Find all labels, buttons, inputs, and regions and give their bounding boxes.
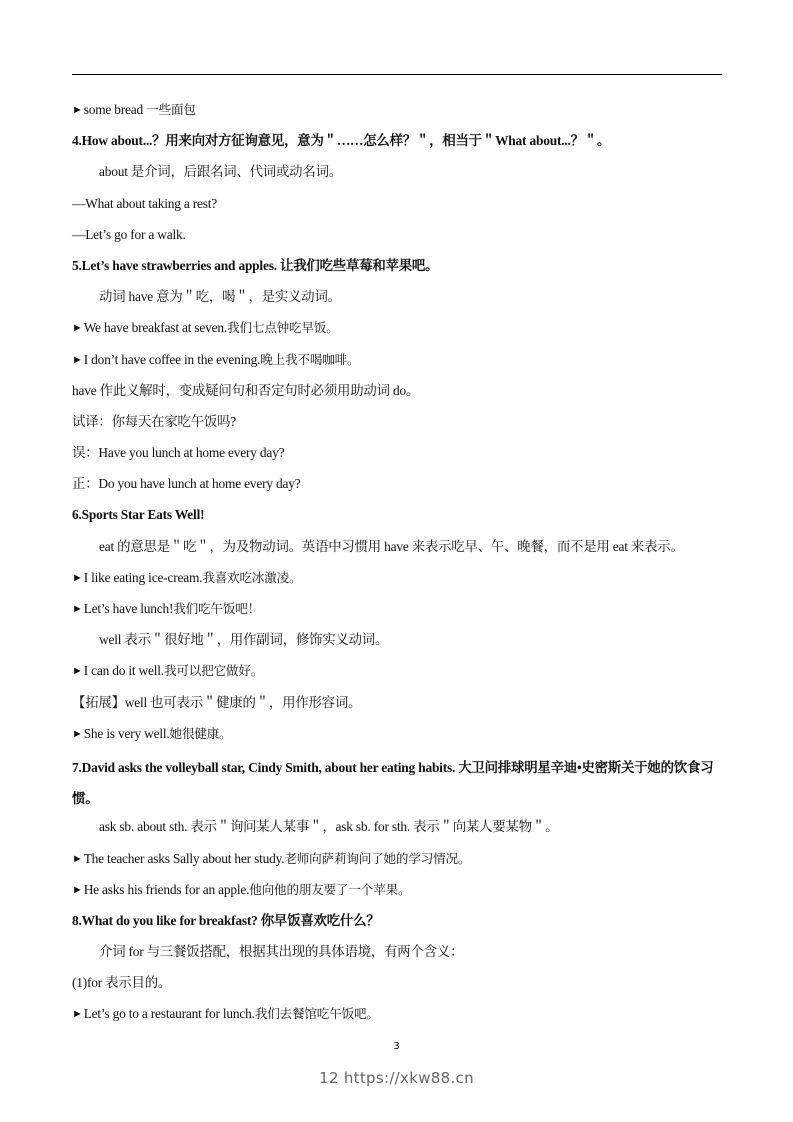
example-chinese: 我可以把它做好。 (164, 663, 263, 678)
example-sentence: ►I don’t have coffee in the evening.晚上我不… (72, 347, 728, 378)
explanation: eat 的意思是＂吃＂，为及物动词。英语中习惯用 have 来表示吃早、午、晚餐… (72, 534, 728, 565)
example-english: The teacher asks Sally about her study. (84, 851, 285, 866)
explanation: 动词 have 意为＂吃，喝＂，是实义动词。 (72, 284, 728, 315)
example-sentence: ►some bread 一些面包 (72, 97, 728, 128)
header-rule (72, 74, 722, 75)
triangle-bullet-icon: ► (72, 877, 83, 903)
page-number: 3 (0, 1041, 793, 1052)
example-chinese: 老师向萨莉询问了她的学习情况。 (284, 851, 470, 866)
explanation: about 是介词，后跟名词、代词或动名词。 (72, 159, 728, 190)
section-heading-5: 5.Let’s have strawberries and apples. 让我… (72, 253, 728, 284)
translation-exercise: 试译：你每天在家吃午饭吗? (72, 409, 728, 440)
watermark: 12 https://xkw88.cn (0, 1069, 793, 1087)
triangle-bullet-icon: ► (72, 1001, 83, 1027)
example-chinese: 他向他的朋友要了一个苹果。 (249, 882, 410, 897)
example-english: some bread (84, 102, 147, 117)
correct-answer: 正：Do you have lunch at home every day? (72, 471, 728, 502)
wrong-answer: 误：Have you lunch at home every day? (72, 440, 728, 471)
example-sentence: ►The teacher asks Sally about her study.… (72, 846, 728, 877)
example-sentence: ►I can do it well.我可以把它做好。 (72, 658, 728, 689)
example-chinese: 我们吃午饭吧！ (173, 601, 260, 616)
triangle-bullet-icon: ► (72, 846, 83, 872)
example-english: We have breakfast at seven. (84, 320, 227, 335)
document-body: ►some bread 一些面包 4.How about...？用来向对方征询意… (72, 97, 728, 1033)
example-english: She is very well. (84, 726, 170, 741)
example-chinese: 我们去餐馆吃午饭吧。 (255, 1006, 379, 1021)
section-heading-6: 6.Sports Star Eats Well! (72, 502, 728, 533)
example-sentence: ►I like eating ice-cream.我喜欢吃冰激凌。 (72, 565, 728, 596)
section-heading-7: 7.David asks the volleyball star, Cindy … (72, 752, 728, 814)
example-chinese: 一些面包 (146, 102, 196, 117)
triangle-bullet-icon: ► (72, 596, 83, 622)
example-sentence: ►He asks his friends for an apple.他向他的朋友… (72, 877, 728, 908)
triangle-bullet-icon: ► (72, 565, 83, 591)
example-chinese: 晚上我不喝咖啡。 (260, 352, 359, 367)
triangle-bullet-icon: ► (72, 97, 83, 123)
explanation: well 表示＂很好地＂，用作副词，修饰实义动词。 (72, 627, 728, 658)
example-chinese: 我们七点钟吃早饭。 (227, 320, 339, 335)
example-chinese: 我喜欢吃冰激凌。 (202, 570, 301, 585)
explanation: ask sb. about sth. 表示＂询问某人某事＂，ask sb. fo… (72, 814, 728, 845)
example-english: I can do it well. (84, 663, 164, 678)
triangle-bullet-icon: ► (72, 347, 83, 373)
example-english: Let’s go to a restaurant for lunch. (84, 1006, 255, 1021)
dialogue-line: —Let’s go for a walk. (72, 222, 728, 253)
example-sentence: ►Let’s go to a restaurant for lunch.我们去餐… (72, 1001, 728, 1032)
dialogue-line: —What about taking a rest? (72, 191, 728, 222)
example-english: He asks his friends for an apple. (84, 882, 250, 897)
explanation: (1)for 表示目的。 (72, 970, 728, 1001)
example-sentence: ►We have breakfast at seven.我们七点钟吃早饭。 (72, 315, 728, 346)
section-heading-8: 8.What do you like for breakfast? 你早饭喜欢吃… (72, 908, 728, 939)
triangle-bullet-icon: ► (72, 658, 83, 684)
explanation: 介词 for 与三餐饭搭配，根据其出现的具体语境，有两个含义： (72, 939, 728, 970)
example-chinese: 她很健康。 (170, 726, 232, 741)
example-english: I don’t have coffee in the evening. (84, 352, 261, 367)
triangle-bullet-icon: ► (72, 721, 83, 747)
example-sentence: ►Let’s have lunch!我们吃午饭吧！ (72, 596, 728, 627)
triangle-bullet-icon: ► (72, 315, 83, 341)
extension-note: 【拓展】well 也可表示＂健康的＂，用作形容词。 (72, 690, 728, 721)
example-english: Let’s have lunch! (84, 601, 174, 616)
section-heading-4: 4.How about...？用来向对方征询意见，意为＂……怎么样？＂，相当于＂… (72, 128, 728, 159)
example-english: I like eating ice-cream. (84, 570, 203, 585)
example-sentence: ►She is very well.她很健康。 (72, 721, 728, 752)
explanation: have 作此义解时，变成疑问句和否定句时必须用助动词 do。 (72, 378, 728, 409)
